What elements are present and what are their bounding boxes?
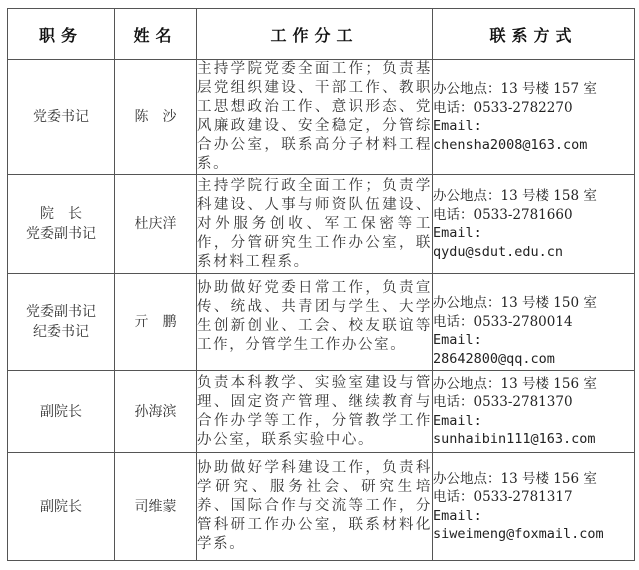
table-row: 院 长 党委副书记 杜庆洋 主持学院行政全面工作；负责学科建设、人事与师资队伍建… (8, 175, 635, 274)
email-label: Email: (433, 331, 634, 350)
role-line: 党委副书记 (8, 224, 114, 244)
contact-cell: 办公地点：13 号楼 150 室 电话：0533-2780014 Email: … (433, 274, 635, 371)
phone-number: 电话：0533-2780014 (433, 313, 634, 332)
office-location: 办公地点：13 号楼 156 室 (433, 375, 634, 394)
role-line: 纪委书记 (8, 322, 114, 342)
contact-cell: 办公地点：13 号楼 156 室 电话：0533-2781370 Email: … (433, 371, 635, 453)
email-address[interactable]: qydu@sdut.edu.cn (433, 243, 634, 262)
page-top-margin (0, 0, 639, 8)
phone-number: 电话：0533-2781370 (433, 393, 634, 412)
name-cell: 司维蒙 (115, 453, 197, 561)
email-label: Email: (433, 412, 634, 431)
header-role: 职务 (8, 9, 115, 60)
table-row: 党委副书记 纪委书记 亓 鹏 协助做好党委日常工作，负责宣传、统战、共青团与学生… (8, 274, 635, 371)
phone-number: 电话：0533-2781660 (433, 206, 634, 225)
office-location: 办公地点：13 号楼 157 室 (433, 80, 634, 99)
duty-cell: 负责本科教学、实验室建设与管理、固定资产管理、继续教育与合作办学等工作，分管教学… (197, 371, 433, 453)
duty-cell: 协助做好学科建设工作，负责科学研究、服务社会、研究生培养、国际合作与交流等工作，… (197, 453, 433, 561)
role-line: 副院长 (8, 497, 114, 517)
phone-number: 电话：0533-2782270 (433, 99, 634, 118)
role-line: 党委书记 (8, 107, 114, 127)
person-name: 杜庆洋 (115, 214, 196, 234)
duty-cell: 主持学院党委全面工作；负责基层党组织建设、干部工作、教职工思想政治工作、意识形态… (197, 60, 433, 175)
email-label: Email: (433, 117, 634, 136)
email-label: Email: (433, 507, 634, 526)
email-address[interactable]: siweimeng@foxmail.com (433, 525, 634, 544)
name-cell: 亓 鹏 (115, 274, 197, 371)
table-row: 副院长 孙海滨 负责本科教学、实验室建设与管理、固定资产管理、继续教育与合作办学… (8, 371, 635, 453)
role-cell: 党委副书记 纪委书记 (8, 274, 115, 371)
person-name: 司维蒙 (115, 497, 196, 517)
name-cell: 孙海滨 (115, 371, 197, 453)
name-cell: 杜庆洋 (115, 175, 197, 274)
name-cell: 陈 沙 (115, 60, 197, 175)
role-line: 党委副书记 (8, 302, 114, 322)
leadership-table: 职务 姓名 工作分工 联系方式 党委书记 陈 沙 主持学院党委全面工作；负责基层… (7, 8, 635, 561)
table-row: 党委书记 陈 沙 主持学院党委全面工作；负责基层党组织建设、干部工作、教职工思想… (8, 60, 635, 175)
header-name: 姓名 (115, 9, 197, 60)
header-row: 职务 姓名 工作分工 联系方式 (8, 9, 635, 60)
email-address[interactable]: chensha2008@163.com (433, 136, 634, 155)
person-name: 陈 沙 (115, 107, 196, 127)
role-line: 副院长 (8, 402, 114, 422)
role-cell: 副院长 (8, 453, 115, 561)
role-cell: 院 长 党委副书记 (8, 175, 115, 274)
duty-cell: 主持学院行政全面工作；负责学科建设、人事与师资队伍建设、对外服务创收、军工保密等… (197, 175, 433, 274)
duty-cell: 协助做好党委日常工作，负责宣传、统战、共青团与学生、大学生创新创业、工会、校友联… (197, 274, 433, 371)
contact-cell: 办公地点：13 号楼 158 室 电话：0533-2781660 Email: … (433, 175, 635, 274)
role-cell: 党委书记 (8, 60, 115, 175)
phone-number: 电话：0533-2781317 (433, 488, 634, 507)
contact-cell: 办公地点：13 号楼 157 室 电话：0533-2782270 Email: … (433, 60, 635, 175)
contact-cell: 办公地点：13 号楼 156 室 电话：0533-2781317 Email: … (433, 453, 635, 561)
email-address[interactable]: 28642800@qq.com (433, 350, 634, 369)
table-row: 副院长 司维蒙 协助做好学科建设工作，负责科学研究、服务社会、研究生培养、国际合… (8, 453, 635, 561)
email-address[interactable]: sunhaibin111@163.com (433, 430, 634, 449)
role-line: 院 长 (8, 204, 114, 224)
person-name: 孙海滨 (115, 402, 196, 422)
header-duty: 工作分工 (197, 9, 433, 60)
office-location: 办公地点：13 号楼 156 室 (433, 470, 634, 489)
person-name: 亓 鹏 (115, 312, 196, 332)
header-contact: 联系方式 (433, 9, 635, 60)
office-location: 办公地点：13 号楼 158 室 (433, 187, 634, 206)
role-cell: 副院长 (8, 371, 115, 453)
email-label: Email: (433, 224, 634, 243)
office-location: 办公地点：13 号楼 150 室 (433, 294, 634, 313)
